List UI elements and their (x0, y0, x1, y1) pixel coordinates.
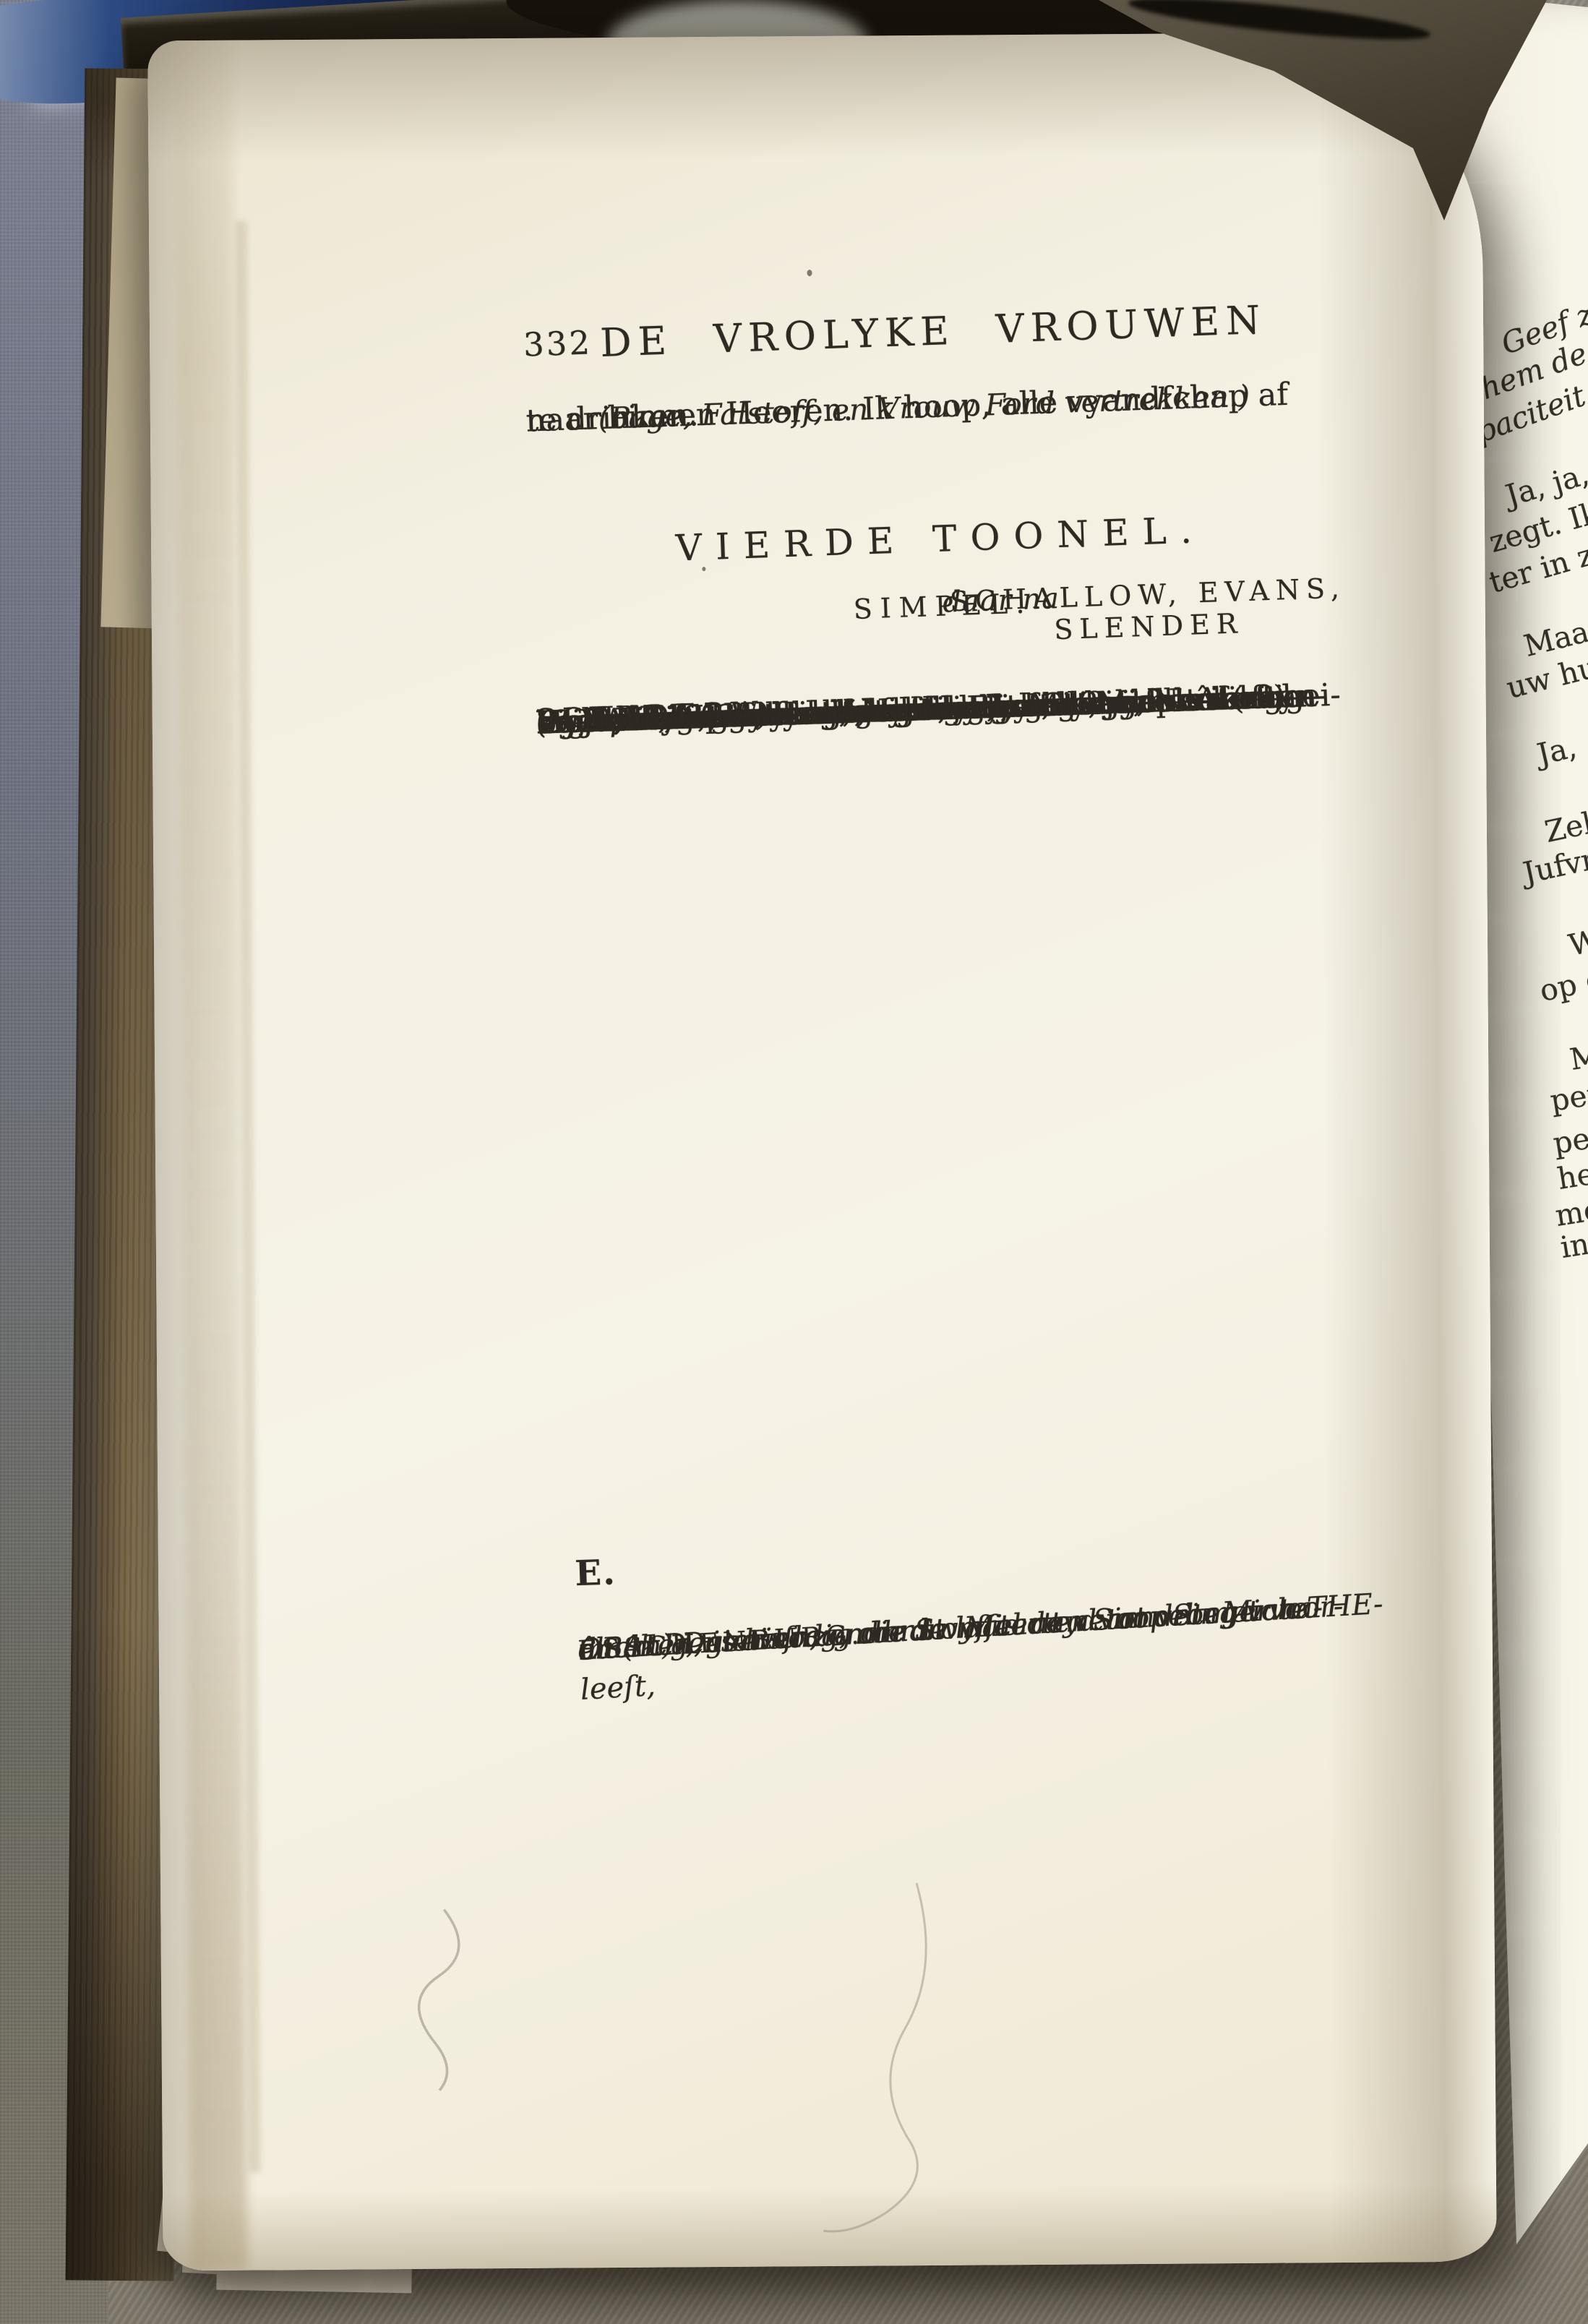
facing-page-text-fragment: M (1567, 1038, 1588, 1077)
text-column: 332 DE VROLYKE VROUWEN naar binnen Heere… (512, 32, 1408, 2206)
dialogue-line: Dat doe ik myn Heer. (536, 690, 915, 743)
facing-page-text-fragment: Zek (1542, 804, 1588, 849)
footnote-block: (m) De misſlag, om de laater tyd tot vro… (577, 1583, 1399, 1631)
intro-paragraph: naar binnen Heeren. Ik hoop, alle vyandſ… (525, 372, 1345, 401)
facing-page-text-fragment: perf (1548, 1074, 1588, 1118)
facing-page-text-fragment: W (1566, 922, 1588, 963)
dialogue-block: SLENDER.Veertig ſchellingen wilde ik gee… (536, 674, 1355, 703)
page-header: 332 DE VROLYKE VROUWEN (523, 297, 1344, 371)
book-page: 332 DE VROLYKE VROUWEN naar binnen Heere… (147, 32, 1496, 2271)
facing-page-text-fragment: in (1558, 1226, 1588, 1265)
footnote-last-row: êl leeſt, ESSCHENBURG. (577, 1631, 579, 1671)
running-title: DE VROLYKE VROUWEN (523, 294, 1344, 369)
intro-line: (Page, Falstoff, en Vrouw Ford vertrekke… (525, 376, 1250, 442)
scene-heading: VIERDE TOONEL. (530, 504, 1351, 575)
facing-page-text-fragment: Ja, (1534, 729, 1579, 772)
facing-page-text-fragment: op e (1537, 961, 1588, 1008)
catchword: E. (574, 1525, 1395, 1595)
book-photo-scene: Geef zyhem de zapaciteit daJa, ja,zegt. … (0, 0, 1588, 2324)
footnote-signature: ESSCHENBURG. (577, 1612, 904, 1671)
cast-list: SCHALLOW, EVANS, SLENDER daar na SIMPEL. (532, 572, 1353, 637)
facing-page-text-fragment: per (1550, 1119, 1588, 1161)
facing-page-text-fragment: het (1555, 1154, 1588, 1196)
